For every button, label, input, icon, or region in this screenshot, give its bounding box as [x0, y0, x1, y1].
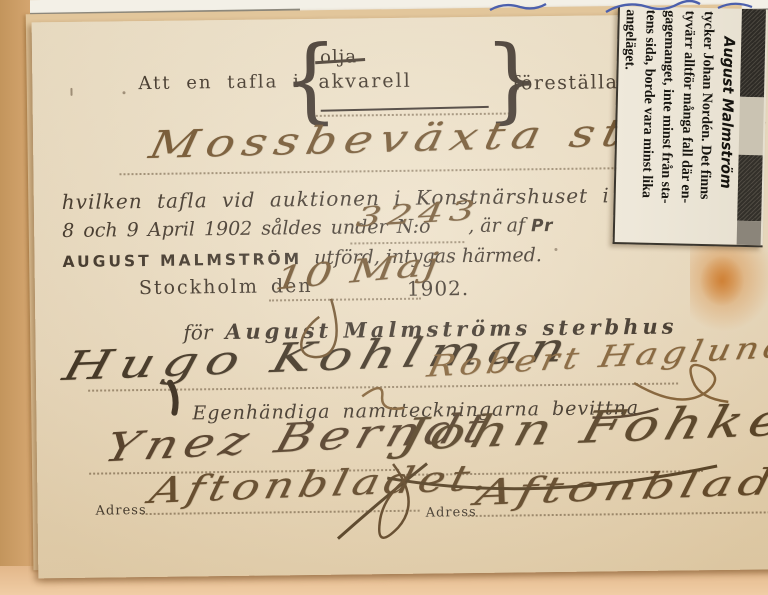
photo-block-gray	[737, 221, 762, 246]
clipping-caption: August Malmström	[717, 36, 738, 189]
album-photo: { "certificate": { "intro": { "prefix": …	[0, 0, 768, 595]
intro-text: Att en tafla i	[138, 71, 301, 94]
clipping-paragraph: tycker Johan Nordén. Det finns tyvärr al…	[616, 9, 718, 244]
photo-block-dark-1	[740, 9, 766, 98]
glue-stain-dark	[700, 256, 744, 306]
option-akvarell: akvarell	[318, 70, 412, 93]
sold-line-suffix-text: , är af	[468, 214, 525, 237]
paper-speck	[554, 248, 557, 251]
ink-comma-mark	[170, 383, 176, 413]
clipping-photo-strip	[737, 9, 766, 245]
paper-mark	[70, 88, 72, 96]
year-text: 1902.	[407, 276, 470, 301]
professor-abbr: Pr	[531, 216, 554, 236]
number-dotted-line	[350, 241, 464, 244]
title-dotted-line	[119, 166, 681, 175]
news-clipping: August Malmström tycker Johan Nordén. De…	[613, 6, 768, 247]
photo-block-light	[739, 97, 764, 156]
album-left-edge	[0, 0, 30, 595]
address-value-2: Aftonbladet.	[472, 459, 768, 514]
auction-number-handwritten: 3243	[354, 195, 482, 233]
paper-speck	[122, 91, 125, 94]
sold-line-suffix: , är af Pr	[468, 214, 554, 237]
artist-name: AUGUST MALMSTRÖM	[62, 250, 302, 271]
address-label-2: Adress	[426, 505, 477, 521]
option-blank-pen-line	[321, 106, 489, 112]
option-olja: olja	[320, 46, 357, 67]
clipping-rotated-content: August Malmström tycker Johan Nordén. De…	[615, 6, 766, 245]
date-dotted-line	[269, 298, 421, 302]
photo-block-dark-2	[737, 155, 762, 222]
address-label-1: Adress	[96, 503, 147, 519]
